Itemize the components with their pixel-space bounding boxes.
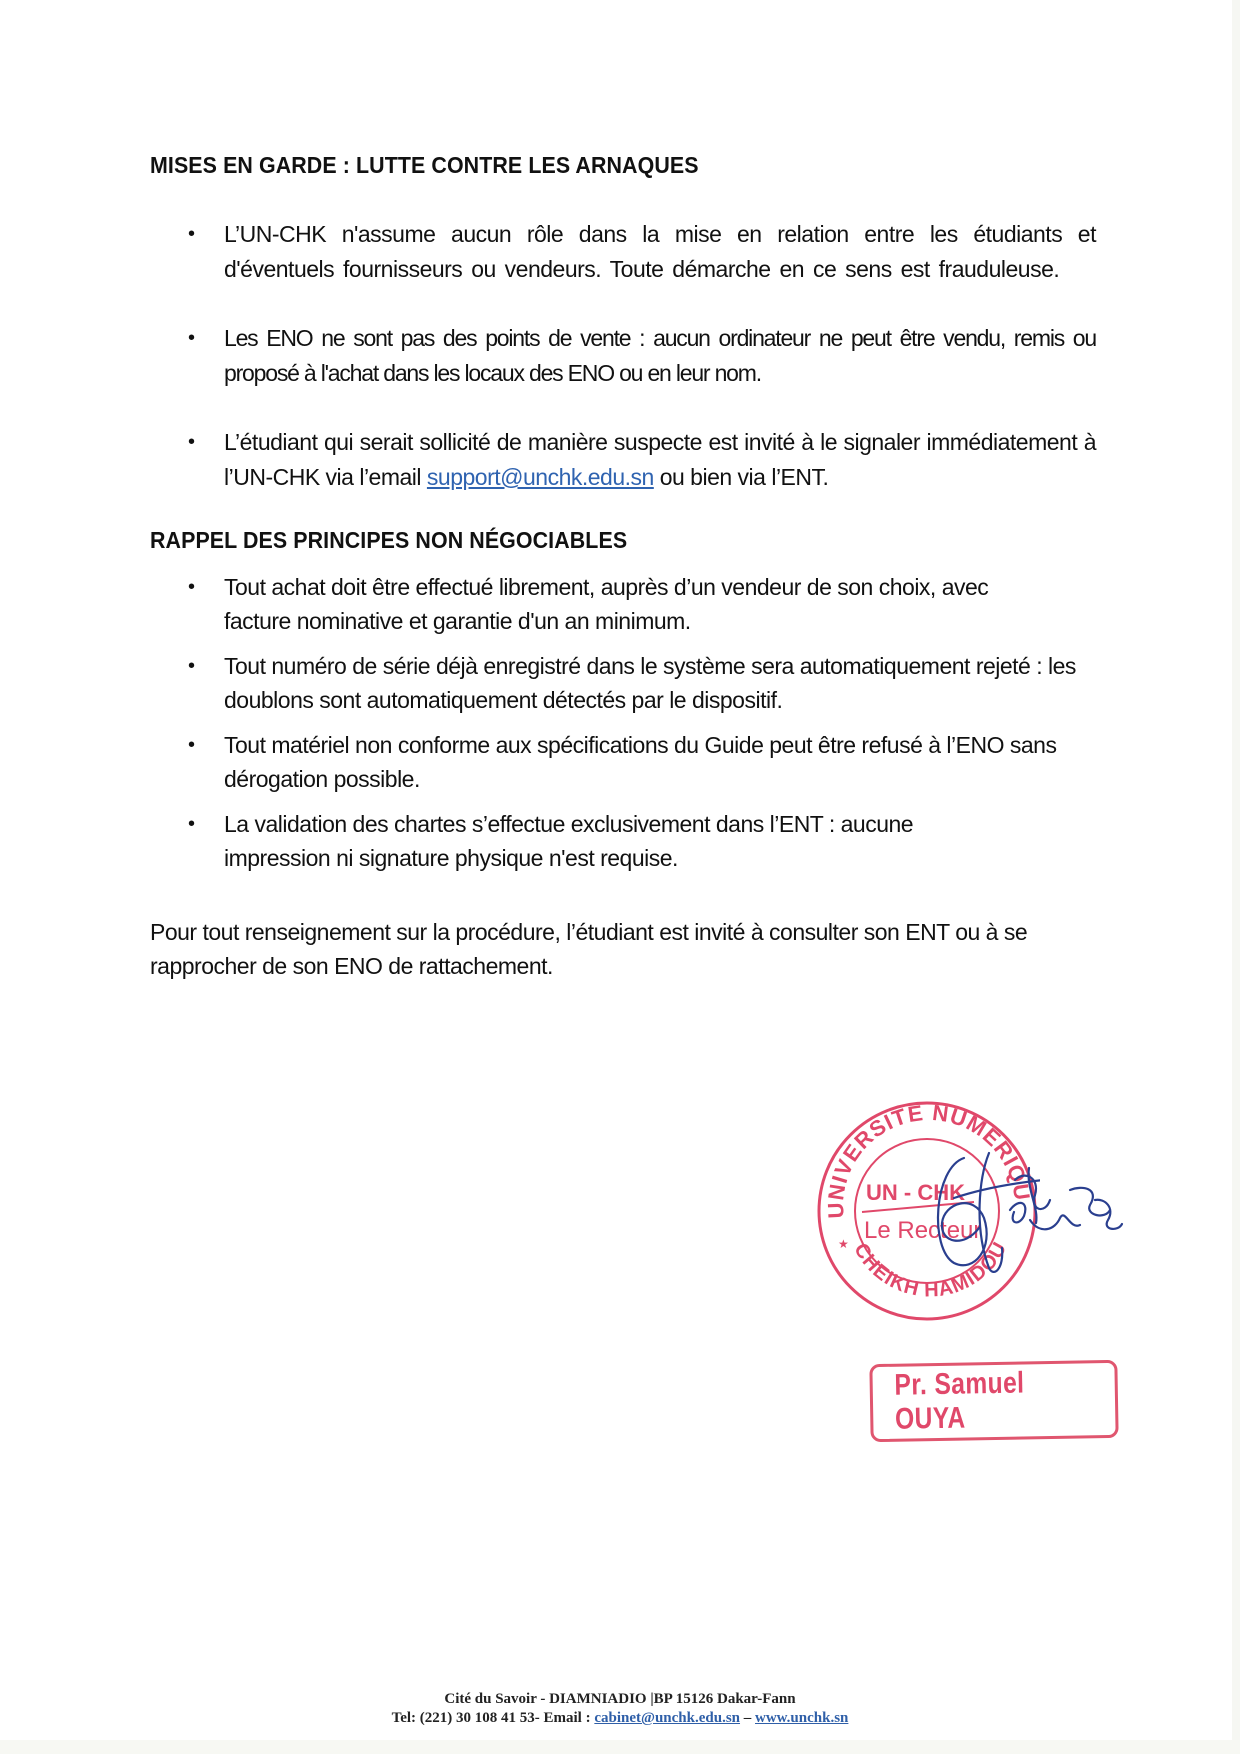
warnings-list: • L’UN-CHK n'assume aucun rôle dans la m… [150, 217, 1096, 495]
section-heading: RAPPEL DES PRINCIPES NON NÉGOCIABLES [150, 527, 1030, 554]
official-stamp: UNIVERSITE NUMERIQUE CHEIKH HAMIDOU KANE… [814, 1098, 1040, 1324]
signatory-name: Pr. Samuel OUYA [894, 1365, 1094, 1436]
signature-extension [1010, 1160, 1130, 1270]
list-item: • L’étudiant qui serait sollicité de man… [150, 425, 1096, 495]
footer: Cité du Savoir - DIAMNIADIO |BP 15126 Da… [0, 1690, 1240, 1728]
list-item: • La validation des chartes s’effectue e… [150, 807, 1096, 875]
list-item: • L’UN-CHK n'assume aucun rôle dans la m… [150, 217, 1096, 287]
footer-separator: – [740, 1710, 755, 1726]
section-heading: MISES EN GARDE : LUTTE CONTRE LES ARNAQU… [150, 152, 1030, 179]
footer-address: Cité du Savoir - DIAMNIADIO |BP 15126 Da… [0, 1690, 1240, 1709]
bullet-icon: • [188, 217, 195, 252]
list-item-text: Tout numéro de série déjà enregistré dan… [224, 649, 1096, 717]
list-item-text: La validation des chartes s’effectue exc… [224, 807, 1024, 875]
signatory-name-stamp: Pr. Samuel OUYA [869, 1360, 1118, 1442]
list-item-text: Tout matériel non conforme aux spécifica… [224, 728, 1064, 796]
support-email-link[interactable]: support@unchk.edu.sn [427, 464, 654, 490]
page-edge-bottom [0, 1740, 1240, 1754]
section-principles: RAPPEL DES PRINCIPES NON NÉGOCIABLES • T… [150, 527, 1096, 875]
closing-paragraph: Pour tout renseignement sur la procédure… [150, 915, 1096, 983]
footer-email-link[interactable]: cabinet@unchk.edu.sn [594, 1710, 740, 1726]
list-item: • Les ENO ne sont pas des points de vent… [150, 321, 1096, 391]
svg-text:★: ★ [838, 1237, 849, 1251]
list-item-text: L’étudiant qui serait sollicité de maniè… [224, 425, 1096, 495]
footer-contact: Tel: (221) 30 108 41 53- Email : cabinet… [0, 1709, 1240, 1728]
text-segment: ou bien via l’ENT. [654, 464, 829, 490]
bullet-icon: • [188, 570, 195, 604]
list-item: • Tout achat doit être effectué libremen… [150, 570, 1096, 638]
footer-website-link[interactable]: www.unchk.sn [755, 1710, 848, 1726]
list-item-text: Tout achat doit être effectué librement,… [224, 570, 1054, 638]
list-item: • Tout matériel non conforme aux spécifi… [150, 728, 1096, 796]
list-item: • Tout numéro de série déjà enregistré d… [150, 649, 1096, 717]
footer-tel: Tel: (221) 30 108 41 53- Email : [392, 1710, 595, 1726]
list-item-text: L’UN-CHK n'assume aucun rôle dans la mis… [224, 217, 1096, 287]
document-body: MISES EN GARDE : LUTTE CONTRE LES ARNAQU… [150, 152, 1096, 1006]
principles-list: • Tout achat doit être effectué libremen… [150, 570, 1096, 875]
bullet-icon: • [188, 807, 195, 841]
bullet-icon: • [188, 321, 195, 356]
page-edge [1232, 0, 1240, 1754]
list-item-text: Les ENO ne sont pas des points de vente … [224, 321, 1096, 391]
bullet-icon: • [188, 425, 195, 460]
svg-text:UN - CHK: UN - CHK [866, 1180, 965, 1205]
bullet-icon: • [188, 649, 195, 683]
bullet-icon: • [188, 728, 195, 762]
section-warnings: MISES EN GARDE : LUTTE CONTRE LES ARNAQU… [150, 152, 1096, 495]
